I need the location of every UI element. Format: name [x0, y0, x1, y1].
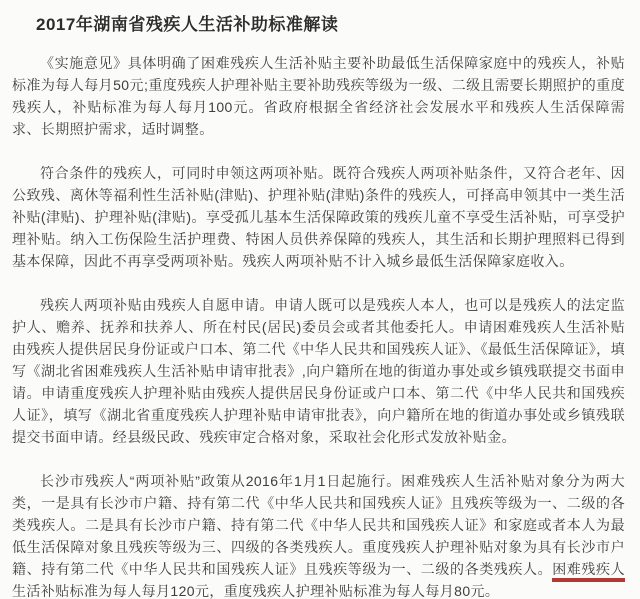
paragraph-implementation-opinion: 《实施意见》具体明确了困难残疾人生活补贴主要补助最低生活保障家庭中的残疾人，补贴…	[12, 52, 625, 140]
paragraph-application-procedure: 残疾人两项补贴由残疾人自愿申请。申请人既可以是残疾人本人，也可以是残疾人的法定监…	[12, 294, 625, 448]
paragraph-changsha-policy-text: 长沙市残疾人“两项补贴”政策从2016年1月1日起施行。困难残疾人生活补贴对象分…	[12, 473, 625, 577]
paragraph-changsha-policy: 长沙市残疾人“两项补贴”政策从2016年1月1日起施行。困难残疾人生活补贴对象分…	[12, 470, 625, 599]
paragraph-eligibility-rules: 符合条件的残疾人，可同时申领这两项补贴。既符合残疾人两项补贴条件，又符合老年、因…	[12, 162, 625, 272]
article-page: 2017年湖南省残疾人生活补助标准解读 《实施意见》具体明确了困难残疾人生活补贴…	[0, 0, 640, 599]
article-title: 2017年湖南省残疾人生活补助标准解读	[36, 10, 625, 35]
